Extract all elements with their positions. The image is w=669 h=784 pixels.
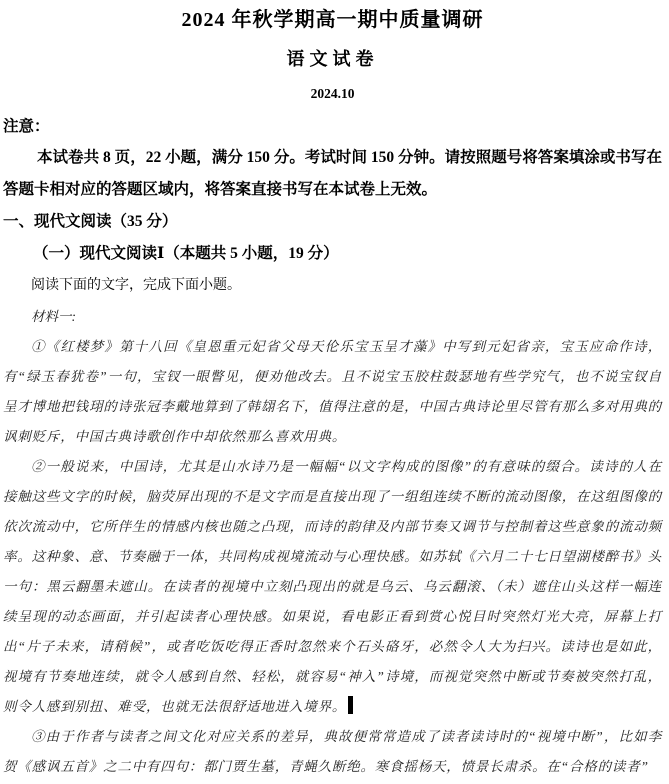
notice-text: 本试卷共 8 页，22 小题，满分 150 分。考试时间 150 分钟。请按照题… — [3, 142, 662, 206]
material-one-label: 材料一: — [3, 302, 662, 332]
subsection-heading-reading-1: （一）现代文阅读Ⅰ（本题共 5 小题，19 分） — [3, 238, 662, 270]
material-paragraph-1: ①《红楼梦》第十八回《皇恩重元妃省父母天伦乐宝玉呈才藻》中写到元妃省亲，宝玉应命… — [3, 332, 662, 452]
text-cursor[interactable] — [348, 696, 353, 714]
doc-date: 2024.10 — [3, 84, 662, 104]
material-paragraph-2: ②一般说来，中国诗，尤其是山水诗乃是一幅幅“以文字构成的图像”的有意味的缀合。读… — [3, 452, 662, 722]
section-heading-modern-reading: 一、现代文阅读（35 分） — [3, 206, 662, 238]
reading-instruction: 阅读下面的文字，完成下面小题。 — [3, 270, 662, 302]
exam-paper-page: 2024 年秋学期高一期中质量调研 语文试卷 2024.10 注意： 本试卷共 … — [0, 0, 669, 784]
doc-title: 2024 年秋学期高一期中质量调研 — [3, 6, 662, 34]
doc-subtitle: 语文试卷 — [3, 46, 662, 72]
material-paragraph-2-text: ②一般说来，中国诗，尤其是山水诗乃是一幅幅“以文字构成的图像”的有意味的缀合。读… — [3, 459, 662, 714]
material-paragraph-3: ③由于作者与读者之间文化对应关系的差异，典故便常常造成了读者读诗时的“视境中断”… — [3, 722, 662, 782]
notice-label: 注意： — [3, 112, 662, 142]
